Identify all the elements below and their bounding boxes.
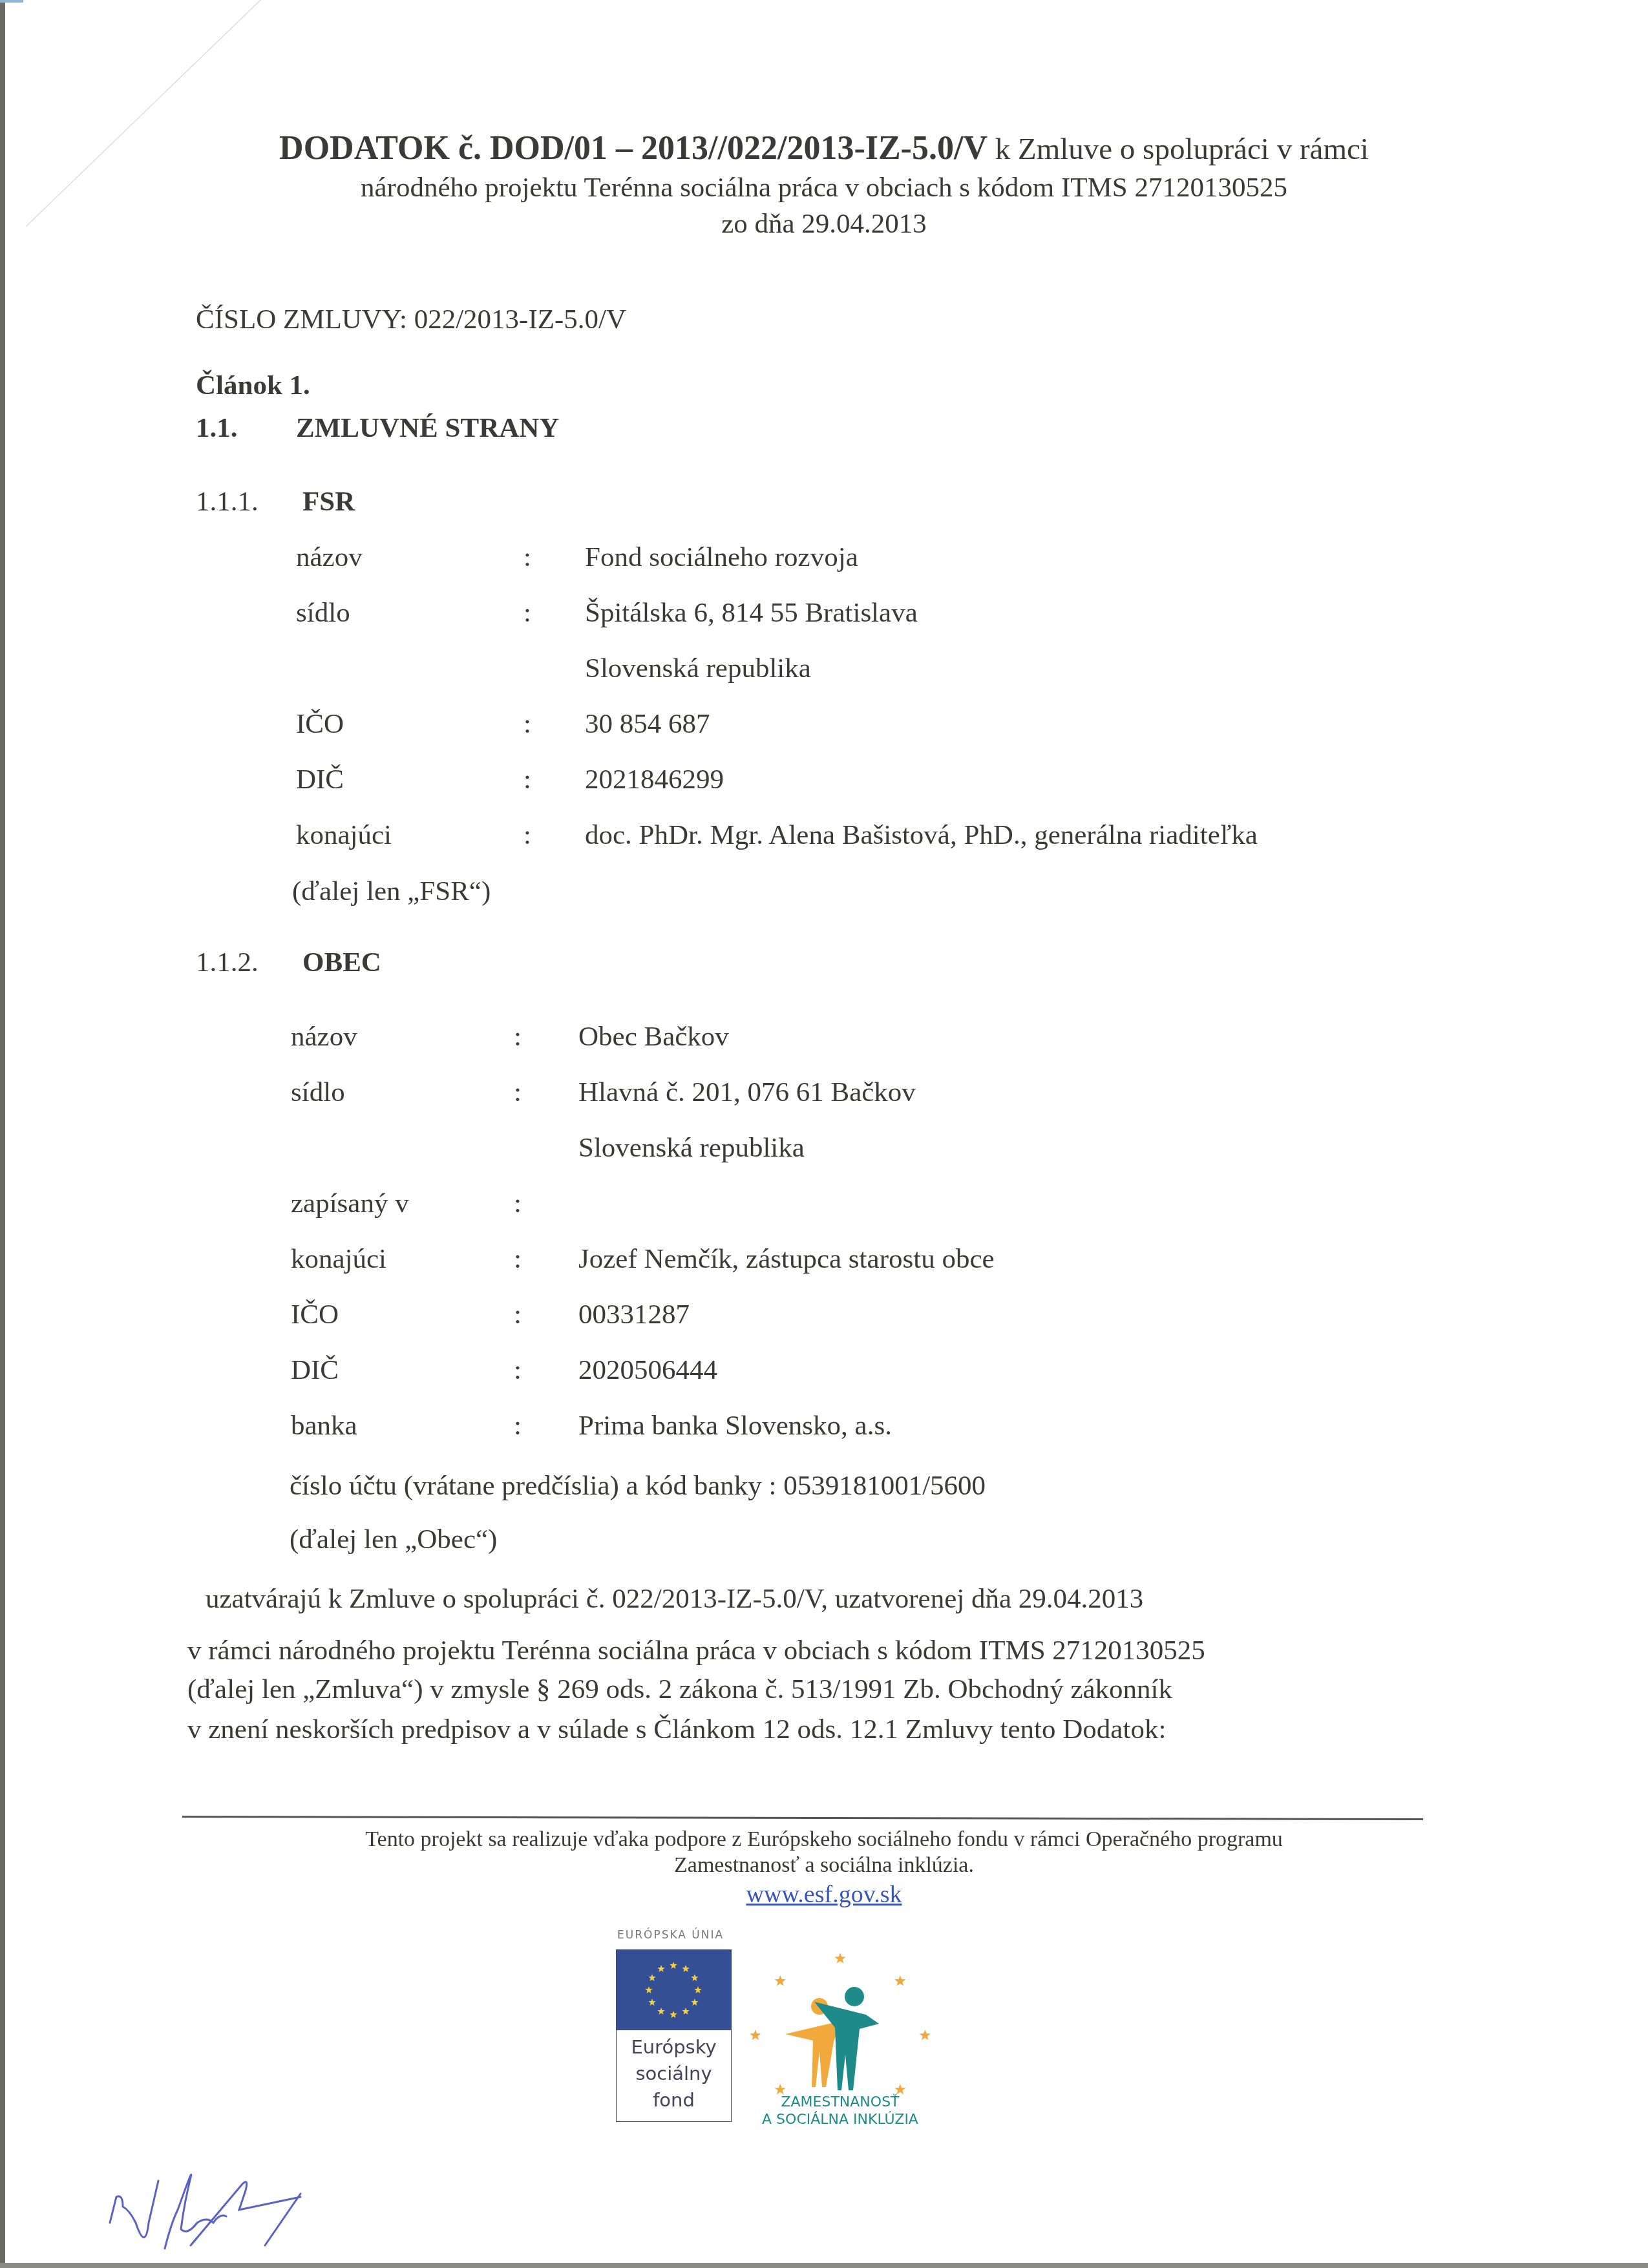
- detail-value: Fond sociálneho rozvoja: [585, 541, 858, 573]
- contract-number: ČÍSLO ZMLUVY: 022/2013-IZ-5.0/V: [196, 304, 626, 335]
- detail-label: banka: [291, 1410, 357, 1442]
- detail-value: Obec Bačkov: [578, 1021, 729, 1053]
- closing-line-2: v rámci národného projektu Terénna sociá…: [187, 1635, 1205, 1666]
- party-number: 1.1.2.: [196, 947, 302, 978]
- detail-value: 00331287: [578, 1299, 690, 1330]
- detail-separator: :: [514, 1354, 522, 1386]
- detail-separator: :: [514, 1188, 522, 1219]
- footer-funding-line-2: Zamestnanosť a sociálna inklúzia.: [0, 1853, 1648, 1878]
- detail-value: 2020506444: [578, 1354, 717, 1386]
- article-title: Článok 1.: [196, 370, 310, 401]
- detail-label: názov: [296, 541, 363, 573]
- detail-separator: :: [523, 708, 531, 740]
- esf-logo-text: Európsky sociálny fond: [617, 2034, 731, 2114]
- detail-label: sídlo: [296, 597, 350, 629]
- detail-separator: :: [514, 1410, 522, 1442]
- detail-separator: :: [514, 1021, 522, 1053]
- footer-link-wrapper: www.esf.gov.sk: [0, 1880, 1648, 1909]
- detail-separator: :: [523, 541, 531, 573]
- detail-label: názov: [291, 1021, 357, 1053]
- detail-label: zapísaný v: [291, 1188, 409, 1219]
- scan-edge-mark: [0, 0, 23, 3]
- title-rest: k Zmluve o spolupráci v rámci: [988, 132, 1369, 166]
- detail-separator: :: [514, 1243, 522, 1275]
- detail-label: konajúci: [291, 1243, 386, 1275]
- esf-website-link[interactable]: www.esf.gov.sk: [746, 1881, 902, 1908]
- closing-line-3: (ďalej len „Zmluva“) v zmysle § 269 ods.…: [187, 1674, 1172, 1705]
- detail-label: IČO: [296, 708, 344, 740]
- party-number: 1.1.1.: [196, 486, 302, 518]
- closing-line-4: v znení neskorších predpisov a v súlade …: [187, 1714, 1166, 1745]
- party-obec-alias: (ďalej len „Obec“): [290, 1524, 497, 1555]
- title-addendum-number: DODATOK č. DOD/01 – 2013//022/2013-IZ-5.…: [279, 130, 988, 167]
- detail-value: Slovenská republika: [578, 1132, 805, 1164]
- title-date-line: zo dňa 29.04.2013: [0, 208, 1648, 240]
- footer-divider: [182, 1816, 1423, 1820]
- detail-label: DIČ: [291, 1354, 339, 1386]
- section-number: 1.1.: [196, 412, 296, 444]
- esf-logo: Európsky sociálny fond: [616, 1949, 732, 2122]
- detail-separator: :: [523, 597, 531, 629]
- closing-line-1: uzatvárajú k Zmluve o spolupráci č. 022/…: [206, 1583, 1143, 1615]
- detail-value: Hlavná č. 201, 076 61 Bačkov: [578, 1076, 916, 1108]
- detail-separator: :: [514, 1076, 522, 1108]
- eu-flag-icon: [617, 1950, 731, 2030]
- detail-value: Špitálska 6, 814 55 Bratislava: [585, 597, 918, 629]
- footer-funding-line-1: Tento projekt sa realizuje vďaka podpore…: [0, 1827, 1648, 1852]
- party-obec-account: číslo účtu (vrátane predčíslia) a kód ba…: [290, 1470, 986, 1502]
- detail-separator: :: [523, 764, 531, 795]
- party-name: OBEC: [302, 947, 381, 978]
- detail-label: sídlo: [291, 1076, 345, 1108]
- zasi-logo-line: ZAMESTNANOSŤ: [730, 2094, 950, 2111]
- party-name: FSR: [302, 487, 355, 517]
- detail-label: IČO: [291, 1299, 339, 1330]
- detail-value: Prima banka Slovensko, a.s.: [578, 1410, 892, 1442]
- detail-label: konajúci: [296, 819, 392, 851]
- detail-value: 30 854 687: [585, 708, 710, 740]
- detail-value: 2021846299: [585, 764, 724, 795]
- detail-separator: :: [514, 1299, 522, 1330]
- section-heading: 1.1.ZMLUVNÉ STRANY: [196, 412, 559, 444]
- section-title: ZMLUVNÉ STRANY: [296, 413, 559, 443]
- document-title: DODATOK č. DOD/01 – 2013//022/2013-IZ-5.…: [0, 129, 1648, 169]
- scan-edge: [0, 0, 5, 2268]
- party-obec-heading: 1.1.2.OBEC: [196, 947, 381, 978]
- zasi-logo-text: ZAMESTNANOSŤ A SOCIÁLNA INKLÚZIA: [730, 2094, 950, 2128]
- eu-label: EURÓPSKA ÚNIA: [617, 1929, 724, 1942]
- party-fsr-alias: (ďalej len „FSR“): [292, 876, 491, 907]
- detail-label: DIČ: [296, 764, 344, 795]
- esf-logo-line: Európsky: [617, 2034, 731, 2061]
- detail-value: doc. PhDr. Mgr. Alena Bašistová, PhD., g…: [585, 819, 1258, 851]
- detail-value: Slovenská republika: [585, 653, 811, 684]
- party-fsr-heading: 1.1.1.FSR: [196, 486, 355, 518]
- esf-logo-line: fond: [617, 2087, 731, 2114]
- detail-separator: :: [523, 819, 531, 851]
- scan-edge: [0, 2263, 1648, 2268]
- zasi-logo-line: A SOCIÁLNA INKLÚZIA: [730, 2111, 950, 2128]
- esf-logo-line: sociálny: [617, 2061, 731, 2087]
- title-project-line: národného projektu Terénna sociálna prác…: [0, 172, 1648, 204]
- detail-value: Jozef Nemčík, zástupca starostu obce: [578, 1243, 995, 1275]
- signature: [84, 2126, 355, 2255]
